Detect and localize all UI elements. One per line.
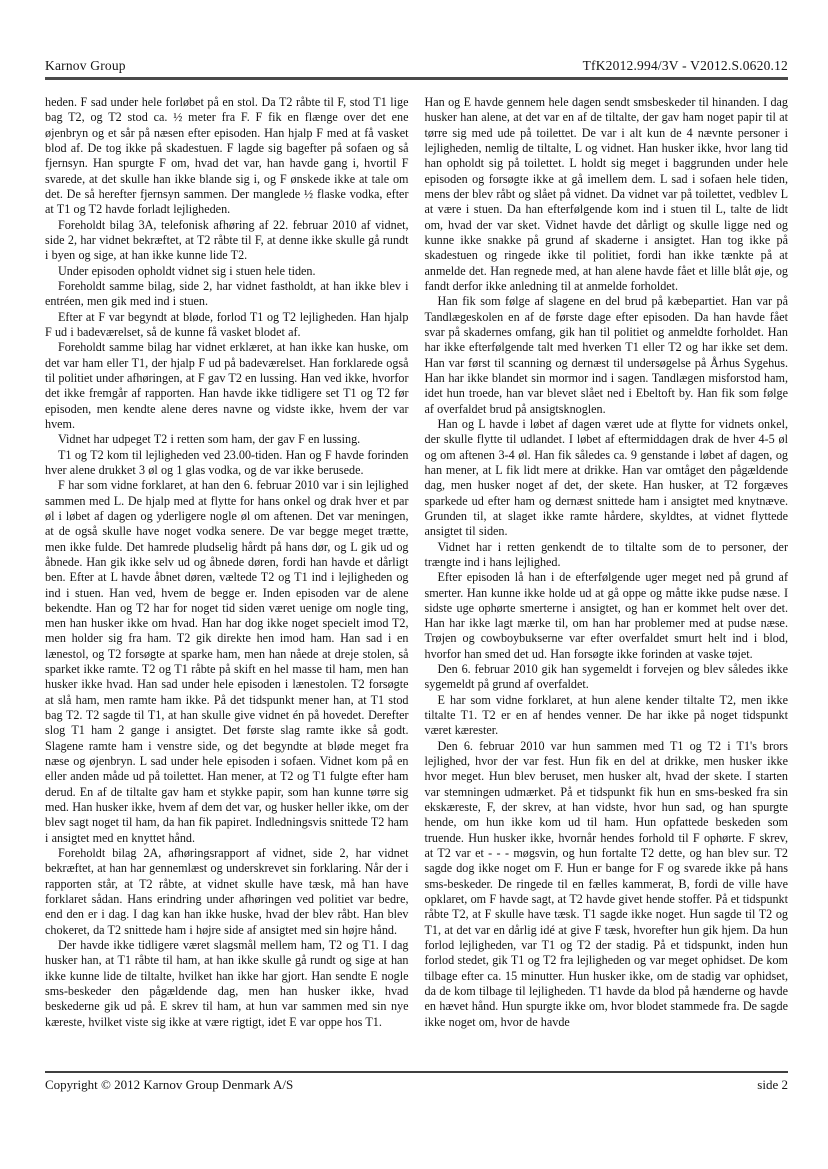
paragraph: Foreholdt bilag 2A, afhøringsrapport af … xyxy=(45,846,409,938)
paragraph: Den 6. februar 2010 var hun sammen med T… xyxy=(425,739,789,1030)
paragraph: T1 og T2 kom til lejligheden ved 23.00-t… xyxy=(45,448,409,479)
right-column: Han og E havde gennem hele dagen sendt s… xyxy=(425,95,789,1030)
paragraph: F har som vidne forklaret, at han den 6.… xyxy=(45,478,409,846)
page-footer: Copyright © 2012 Karnov Group Denmark A/… xyxy=(45,1077,788,1093)
publisher-name: Karnov Group xyxy=(45,58,126,74)
paragraph: Den 6. februar 2010 gik han sygemeldt i … xyxy=(425,662,789,693)
page-number: side 2 xyxy=(757,1077,788,1093)
paragraph: E har som vidne forklaret, at hun alene … xyxy=(425,693,789,739)
body-text: heden. F sad under hele forløbet på en s… xyxy=(45,95,788,1030)
left-column: heden. F sad under hele forløbet på en s… xyxy=(45,95,409,1030)
paragraph: Foreholdt samme bilag, side 2, har vidne… xyxy=(45,279,409,310)
paragraph: Han fik som følge af slagene en del brud… xyxy=(425,294,789,417)
paragraph: Efter episoden lå han i de efterfølgende… xyxy=(425,570,789,662)
footer-divider xyxy=(45,1071,788,1073)
paragraph: Under episoden opholdt vidnet sig i stue… xyxy=(45,264,409,279)
paragraph: Foreholdt samme bilag har vidnet erklære… xyxy=(45,340,409,432)
paragraph: Efter at F var begyndt at bløde, forlod … xyxy=(45,310,409,341)
header-divider xyxy=(45,77,788,80)
paragraph: Han og L havde i løbet af dagen været ud… xyxy=(425,417,789,540)
paragraph: Han og E havde gennem hele dagen sendt s… xyxy=(425,95,789,294)
paragraph: Vidnet har udpeget T2 i retten som ham, … xyxy=(45,432,409,447)
document-reference: TfK2012.994/3V - V2012.S.0620.12 xyxy=(583,58,788,74)
paragraph: Der havde ikke tidligere været slagsmål … xyxy=(45,938,409,1030)
copyright-notice: Copyright © 2012 Karnov Group Denmark A/… xyxy=(45,1077,293,1093)
paragraph: Vidnet har i retten genkendt de to tilta… xyxy=(425,540,789,571)
document-page: Karnov Group TfK2012.994/3V - V2012.S.06… xyxy=(0,0,828,1169)
page-header: Karnov Group TfK2012.994/3V - V2012.S.06… xyxy=(45,58,788,74)
paragraph: Foreholdt bilag 3A, telefonisk afhøring … xyxy=(45,218,409,264)
paragraph: heden. F sad under hele forløbet på en s… xyxy=(45,95,409,218)
